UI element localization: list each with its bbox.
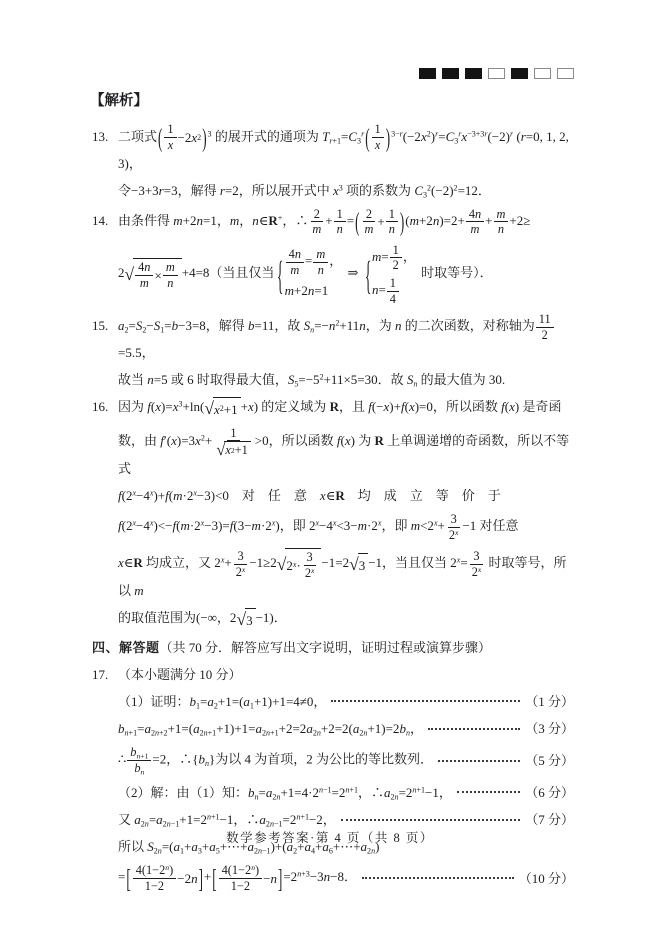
analysis-heading: 【解析】 — [90, 90, 574, 113]
solution-line: 令−3+3r=3，解得 r=2，所以展开式中 x3 项的系数为 C32(−2)2… — [92, 180, 574, 201]
solution-line: f(2x−4x)+f(m·2x−3)<0 对 任 意 x∈R 均 成 立 等 价… — [92, 485, 574, 506]
score-label: （6 分） — [525, 782, 574, 803]
math-content: =[4(1−2n)1−2−2n]+[4(1−2n)1−2−n]=2n+3−3n−… — [118, 863, 357, 893]
solution-line: 14.由条件得 m+2n=1，m，n∈R+，∴2m+1n=(2m+1n)(m+2… — [92, 207, 574, 237]
solution-line: （2）解：由（1）知：bn=a2n+1=4·2n−1=2n+1，∴a2n=2n+… — [92, 782, 574, 803]
math-content: 的取值范围为(−∞，2√3−1)． — [118, 610, 287, 625]
dot-leader — [438, 760, 520, 762]
solution-line: 16.因为 f(x)=x3+ln(√x2+1+x) 的定义域为 R，且 f(−x… — [92, 396, 574, 420]
solution-line: 13.二项式(1x−2x2)3 的展开式的通项为 Tr+1=C3r(1x)3−r… — [92, 122, 574, 173]
registration-mark — [488, 68, 505, 79]
dot-leader — [331, 700, 520, 702]
solution-line: 15.a2=S2−S1=b−3=8，解得 b=11，故 Sn=−n2+11n，为… — [92, 312, 574, 363]
solution-line: 2√4nm×mn+4=8（当且仅当{4nm=mn，m+2n=1 ⇒ {m=12，… — [92, 243, 574, 306]
problem-number: 13. — [92, 126, 118, 147]
solution-line: 故当 n=5 或 6 时取得最大值，S5=−52+11×5=30．故 Sn 的最… — [92, 369, 574, 390]
registration-mark — [465, 68, 482, 79]
problem-number: 14. — [92, 210, 118, 231]
section-heading: 四、解答题（共 70 分．解答应写出文字说明，证明过程或演算步骤） — [92, 637, 574, 658]
answer-sheet-page: 【解析】 13.二项式(1x−2x2)3 的展开式的通项为 Tr+1=C3r(1… — [0, 0, 660, 934]
math-content: 由条件得 m+2n=1，m，n∈R+，∴2m+1n=(2m+1n)(m+2n)=… — [118, 213, 530, 228]
dot-leader — [457, 791, 520, 793]
math-content: bn+1=a2n+2+1=(a2n+1+1)+1=a2n+1+2=2a2n+2=… — [118, 718, 423, 739]
math-content: （2）解：由（1）知：bn=a2n+1=4·2n−1=2n+1，∴a2n=2n+… — [118, 782, 452, 803]
solution-line: （1）证明：b1=a2+1=(a1+1)+1=4≠0，（1 分） — [92, 691, 574, 712]
math-content: f(2x−4x)+f(m·2x−3)<0 对 任 意 x∈R 均 成 立 等 价… — [118, 488, 501, 503]
score-label: （3 分） — [525, 718, 574, 739]
registration-marks — [419, 68, 574, 79]
math-content: 故当 n=5 或 6 时取得最大值，S5=−52+11×5=30．故 Sn 的最… — [118, 372, 505, 387]
problem-number: 16. — [92, 396, 118, 417]
problem-number: 15. — [92, 315, 118, 336]
solution-line: ∴bn+1bn=2，∴{bn}为以 4 为首项，2 为公比的等比数列．（5 分） — [92, 745, 574, 776]
page-footer: 数学参考答案·第 4 页（共 8 页） — [0, 828, 660, 848]
registration-mark — [442, 68, 459, 79]
math-content: 因为 f(x)=x3+ln(√x2+1+x) 的定义域为 R，且 f(−x)+f… — [118, 399, 561, 414]
solution-line: =[4(1−2n)1−2−2n]+[4(1−2n)1−2−n]=2n+3−3n−… — [92, 863, 574, 893]
dot-leader — [428, 728, 520, 730]
score-label: （1 分） — [525, 691, 574, 712]
dot-leader — [362, 877, 514, 879]
dot-leader — [341, 819, 520, 821]
math-content: （本小题满分 10 分） — [118, 667, 242, 682]
registration-mark — [534, 68, 551, 79]
problem-number: 17. — [92, 664, 118, 685]
math-content: a2=S2−S1=b−3=8，解得 b=11，故 Sn=−n2+11n，为 n … — [118, 318, 555, 360]
solution-line: 17.（本小题满分 10 分） — [92, 664, 574, 685]
registration-mark — [419, 68, 436, 79]
solution-body: 13.二项式(1x−2x2)3 的展开式的通项为 Tr+1=C3r(1x)3−r… — [92, 122, 574, 893]
score-label: （5 分） — [525, 750, 574, 771]
math-content: 令−3+3r=3，解得 r=2，所以展开式中 x3 项的系数为 C32(−2)2… — [118, 183, 491, 198]
math-content: （1）证明：b1=a2+1=(a1+1)+1=4≠0， — [118, 691, 326, 712]
solution-line: bn+1=a2n+2+1=(a2n+1+1)+1=a2n+1+2=2a2n+2=… — [92, 718, 574, 739]
math-content: x∈R 均成立，又 2x+32x−1≥2√2x·32x−1=2√3−1，当且仅当… — [118, 555, 567, 598]
math-content: 数，由 f′(x)=3x2+1√x2+1>0，所以函数 f(x) 为 R 上单调… — [118, 433, 569, 476]
math-content: 2√4nm×mn+4=8（当且仅当{4nm=mn，m+2n=1 ⇒ {m=12，… — [118, 265, 493, 280]
registration-mark — [557, 68, 574, 79]
math-content: 二项式(1x−2x2)3 的展开式的通项为 Tr+1=C3r(1x)3−r(−2… — [118, 129, 569, 171]
solution-line: 的取值范围为(−∞，2√3−1)． — [92, 607, 574, 631]
math-content: f(2x−4x)<−f(m·2x−3)=f(3−m·2x)，即 2x−4x<3−… — [118, 518, 519, 533]
solution-line: 数，由 f′(x)=3x2+1√x2+1>0，所以函数 f(x) 为 R 上单调… — [92, 426, 574, 479]
math-content: ∴bn+1bn=2，∴{bn}为以 4 为首项，2 为公比的等比数列． — [118, 745, 433, 776]
score-label: （10 分） — [519, 868, 574, 889]
solution-line: x∈R 均成立，又 2x+32x−1≥2√2x·32x−1=2√3−1，当且仅当… — [92, 548, 574, 601]
registration-mark — [511, 68, 528, 79]
solution-line: f(2x−4x)<−f(m·2x−3)=f(3−m·2x)，即 2x−4x<3−… — [92, 512, 574, 542]
